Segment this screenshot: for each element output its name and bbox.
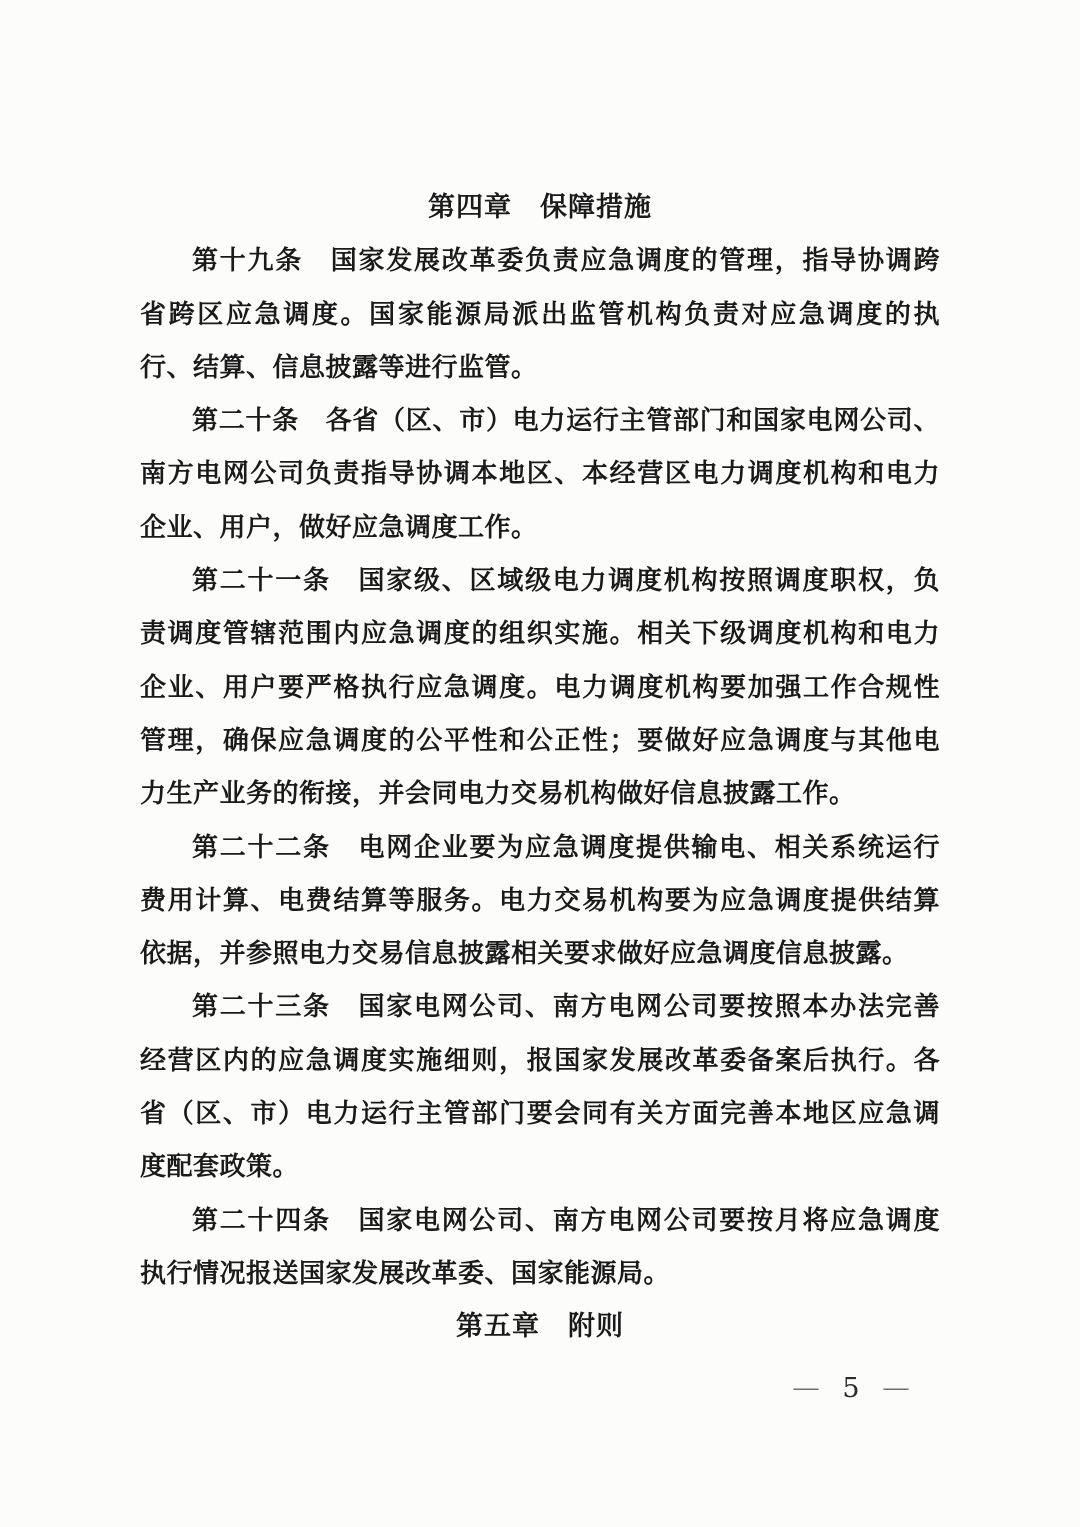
text-line: 企业、用户，做好应急调度工作。	[140, 501, 940, 554]
text-line: 度配套政策。	[140, 1140, 940, 1193]
article-first-line: 第二十条 各省（区、市）电力运行主管部门和国家电网公司、	[140, 394, 940, 447]
chapter-heading: 第四章 保障措施	[140, 181, 940, 234]
text-line: 企业、用户要严格执行应急调度。电力调度机构要加强工作合规性	[140, 661, 940, 714]
document-page: 第四章 保障措施第十九条 国家发展改革委负责应急调度的管理，指导协调跨省跨区应急…	[0, 0, 1080, 1527]
page-number-dash-left: —	[792, 1376, 820, 1401]
text-line: 管理，确保应急调度的公平性和公正性；要做好应急调度与其他电	[140, 714, 940, 767]
chapter-heading: 第五章 附则	[140, 1300, 940, 1353]
text-line: 责调度管辖范围内应急调度的组织实施。相关下级调度机构和电力	[140, 607, 940, 660]
text-line: 力生产业务的衔接，并会同电力交易机构做好信息披露工作。	[140, 767, 940, 820]
text-line: 执行情况报送国家发展改革委、国家能源局。	[140, 1247, 940, 1300]
document-body: 第四章 保障措施第十九条 国家发展改革委负责应急调度的管理，指导协调跨省跨区应急…	[140, 181, 940, 1354]
text-line: 行、结算、信息披露等进行监管。	[140, 341, 940, 394]
article-first-line: 第二十二条 电网企业要为应急调度提供输电、相关系统运行	[140, 821, 940, 874]
article-first-line: 第二十一条 国家级、区域级电力调度机构按照调度职权，负	[140, 554, 940, 607]
text-line: 费用计算、电费结算等服务。电力交易机构要为应急调度提供结算	[140, 874, 940, 927]
article-first-line: 第二十三条 国家电网公司、南方电网公司要按照本办法完善	[140, 980, 940, 1033]
text-line: 经营区内的应急调度实施细则，报国家发展改革委备案后执行。各	[140, 1034, 940, 1087]
text-line: 南方电网公司负责指导协调本地区、本经营区电力调度机构和电力	[140, 447, 940, 500]
article-first-line: 第二十四条 国家电网公司、南方电网公司要按月将应急调度	[140, 1194, 940, 1247]
text-line: 省跨区应急调度。国家能源局派出监管机构负责对应急调度的执	[140, 288, 940, 341]
text-line: 省（区、市）电力运行主管部门要会同有关方面完善本地区应急调	[140, 1087, 940, 1140]
page-number-dash-right: —	[882, 1376, 910, 1401]
article-first-line: 第十九条 国家发展改革委负责应急调度的管理，指导协调跨	[140, 234, 940, 287]
page-number-value: 5	[842, 1373, 859, 1404]
page-number: — 5 —	[795, 1370, 907, 1406]
text-line: 依据，并参照电力交易信息披露相关要求做好应急调度信息披露。	[140, 927, 940, 980]
